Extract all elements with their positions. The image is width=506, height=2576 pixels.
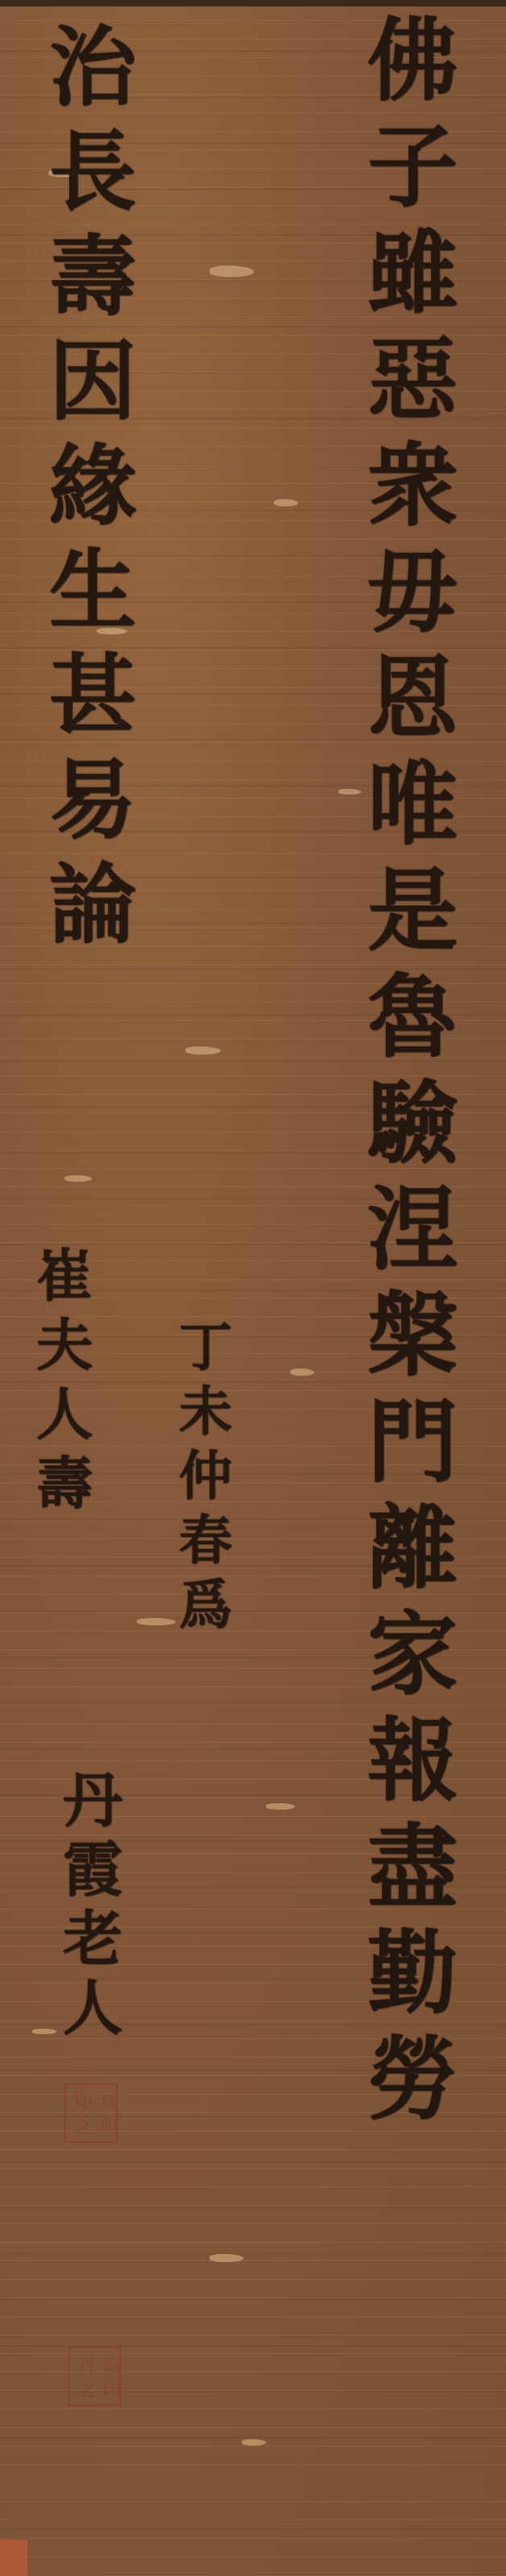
silk-wear [209, 266, 254, 277]
calligraphy-char: 恩 [367, 654, 458, 744]
calligraphy-char: 槃 [367, 1291, 458, 1381]
calligraphy-char: 是 [367, 866, 458, 956]
calligraphy-char: 惡 [367, 335, 458, 425]
calligraphy-char: 人 [36, 1386, 93, 1443]
calligraphy-char: 未 [179, 1385, 232, 1438]
seal-stamp: 丹 霞 之 印 [68, 2347, 121, 2406]
calligraphy-char: 爲 [179, 1578, 232, 1631]
calligraphy-char: 涅 [367, 1185, 458, 1275]
calligraphy-char: 壽 [49, 233, 136, 320]
calligraphy-char: 治 [49, 24, 136, 111]
scroll-top-edge [0, 0, 506, 6]
calligraphy-char: 緣 [49, 443, 136, 530]
calligraphy-char: 甚 [49, 652, 136, 739]
calligraphy-char: 驗 [367, 1079, 458, 1169]
calligraphy-char: 勤 [367, 1929, 458, 2019]
calligraphy-char: 勞 [367, 2035, 458, 2125]
signature-column: 丹 霞 老 人 [48, 1771, 137, 2048]
calligraphy-char: 長 [49, 129, 136, 216]
calligraphy-char: 壽 [36, 1455, 93, 1512]
seal-char: 印 [97, 2380, 122, 2398]
seal-char: 丹 [73, 2355, 97, 2373]
calligraphy-char: 人 [63, 1979, 122, 2038]
silk-wear [274, 499, 298, 506]
calligraphy-char: 易 [49, 757, 136, 844]
silk-wear [290, 1368, 314, 1376]
calligraphy-char: 春 [179, 1513, 232, 1567]
seal-char: 霞 [97, 2355, 122, 2373]
calligraphy-char: 子 [367, 122, 458, 213]
calligraphy-char: 衆 [367, 441, 458, 531]
seal-char: 章 [94, 2092, 119, 2110]
calligraphy-char: 仲 [179, 1449, 232, 1502]
calligraphy-char: 報 [367, 1716, 458, 1806]
seal-char: 印 [94, 2117, 119, 2135]
calligraphy-char: 毋 [367, 547, 458, 638]
calligraphy-char: 魯 [367, 972, 458, 1063]
calligraphy-char: 離 [367, 1504, 458, 1594]
seal-char: 之 [73, 2380, 97, 2398]
calligraphy-scroll: 佛 子 雖 惡 衆 毋 恩 唯 是 魯 驗 涅 槃 門 離 家 報 盡 勤 勞 … [0, 0, 506, 2576]
calligraphy-char: 家 [367, 1610, 458, 1700]
calligraphy-char: 盡 [367, 1823, 458, 1913]
calligraphy-char: 佛 [367, 16, 458, 106]
main-text-column: 佛 子 雖 惡 衆 毋 恩 唯 是 魯 驗 涅 槃 門 離 家 報 盡 勤 勞 [348, 16, 477, 2141]
seal-char: 印 [69, 2092, 94, 2110]
calligraphy-char: 崔 [36, 1248, 93, 1304]
calligraphy-char: 因 [49, 338, 136, 425]
red-seal-stamp [0, 2540, 27, 2576]
silk-wear [242, 2439, 266, 2446]
calligraphy-char: 丹 [63, 1771, 122, 1831]
calligraphy-char: 論 [49, 861, 136, 948]
calligraphy-char: 生 [49, 547, 136, 634]
calligraphy-char: 老 [63, 1909, 122, 1969]
silk-wear [64, 1175, 92, 1182]
second-text-column: 治 長 壽 因 緣 生 甚 易 論 [32, 24, 153, 966]
silk-wear [266, 1803, 295, 1810]
calligraphy-char: 夫 [36, 1317, 93, 1373]
calligraphy-char: 丁 [179, 1320, 232, 1373]
calligraphy-char: 霞 [63, 1840, 122, 1900]
calligraphy-char: 雖 [367, 229, 458, 319]
calligraphy-char: 唯 [367, 760, 458, 850]
seal-stamp: 印 章 之 印 [64, 2083, 118, 2143]
silk-wear [209, 2254, 243, 2262]
date-inscription-column: 丁 未 仲 春 爲 [161, 1320, 250, 1642]
silk-wear [185, 1046, 221, 1055]
seal-char: 之 [69, 2117, 94, 2135]
dedication-column: 崔 夫 人 壽 [16, 1248, 113, 1525]
calligraphy-char: 門 [367, 1397, 458, 1488]
